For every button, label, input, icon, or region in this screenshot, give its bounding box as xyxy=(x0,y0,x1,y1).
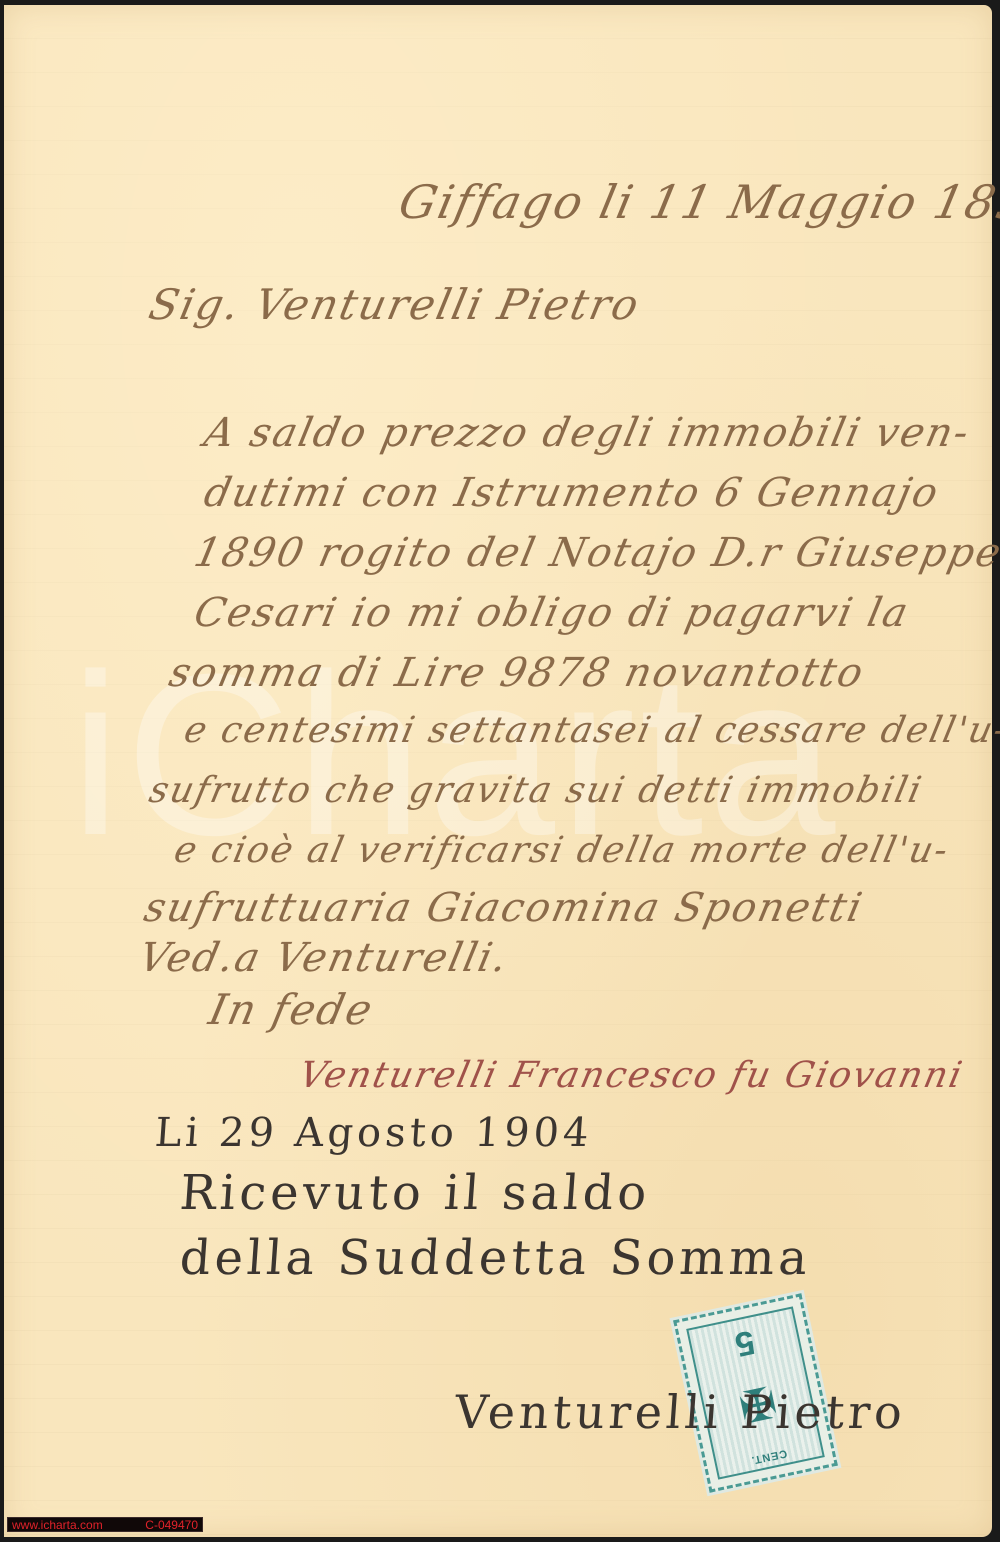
annotation-line: Ricevuto il saldo xyxy=(178,1165,652,1221)
body-line: e centesimi settantasei al cessare dell'… xyxy=(181,710,1000,751)
catalog-code: C-049470 xyxy=(145,1518,198,1531)
annotation-date: Li 29 Agosto 1904 xyxy=(153,1110,594,1156)
body-line: sufrutto che gravita sui detti immobili xyxy=(146,770,927,811)
catalog-label: www.icharta.com C-049470 xyxy=(7,1517,203,1532)
salutation: Sig. Venturelli Pietro xyxy=(145,280,645,329)
closing: In fede xyxy=(205,985,379,1034)
body-line: A saldo prezzo degli immobili ven- xyxy=(200,410,974,456)
catalog-website: www.icharta.com xyxy=(12,1518,103,1531)
place-date: Giffago li 11 Maggio 1890. xyxy=(394,175,1000,229)
stamp-value: 5 xyxy=(731,1322,758,1364)
body-line: dutimi con Istrumento 6 Gennajo xyxy=(200,470,944,516)
body-line: Cesari io mi obligo di pagarvi la xyxy=(190,590,914,636)
stamp-text: CENT. xyxy=(750,1447,788,1466)
annotation-line: della Suddetta Somma xyxy=(178,1230,813,1286)
signature-francesco: Venturelli Francesco fu Giovanni xyxy=(296,1055,968,1096)
body-line: Ved.a Venturelli. xyxy=(135,935,513,981)
signature-pietro: Venturelli Pietro xyxy=(453,1385,908,1439)
body-line: somma di Lire 9878 novantotto xyxy=(165,650,869,696)
body-line: 1890 rogito del Notajo D.r Giuseppe xyxy=(190,530,1000,576)
body-line: sufruttuaria Giacomina Sponetti xyxy=(140,885,868,931)
body-line: e cioè al verificarsi della morte dell'u… xyxy=(171,830,954,871)
